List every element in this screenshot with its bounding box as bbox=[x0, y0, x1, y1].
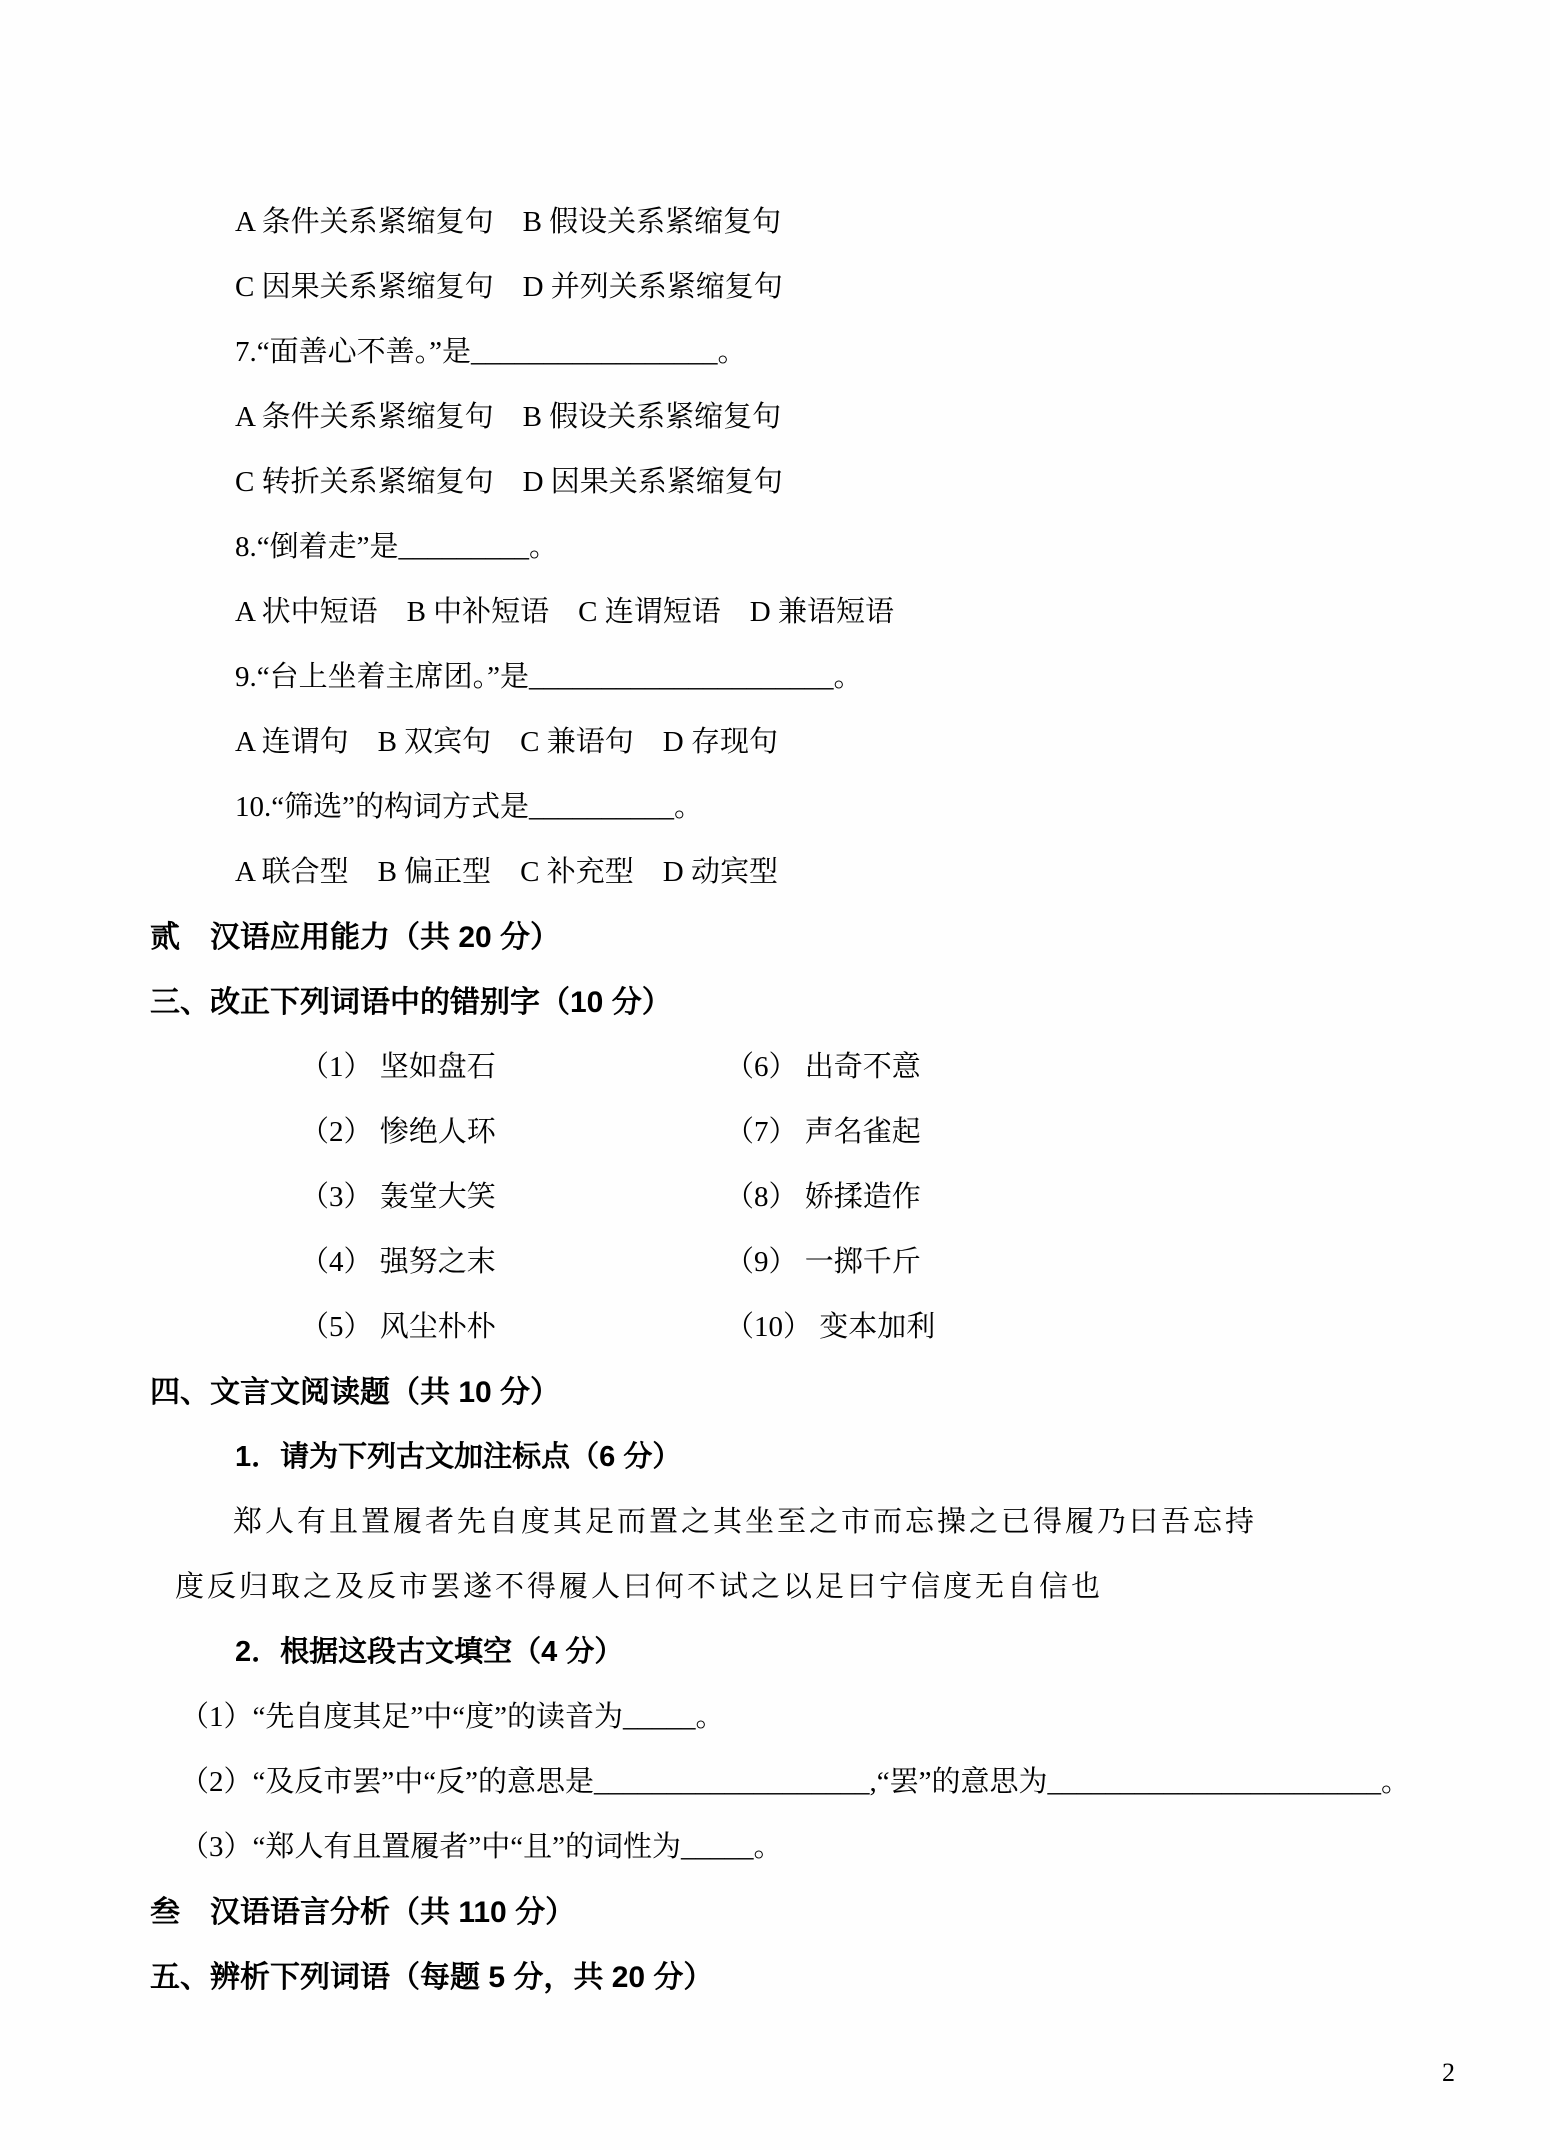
options-line: A 条件关系紧缩复句 B 假设关系紧缩复句 bbox=[150, 190, 1410, 255]
section4-subheader-1: 1．请为下列古文加注标点（6 分） bbox=[150, 1425, 1410, 1490]
wordlist-item: （10） 变本加利 bbox=[725, 1295, 935, 1360]
wordlist-row: （1） 坚如盘石 （6） 出奇不意 bbox=[150, 1035, 1410, 1100]
wordlist-row: （4） 强努之末 （9） 一掷千斤 bbox=[150, 1230, 1410, 1295]
classical-text-line: 度反归取之及反市罢遂不得履人曰何不试之以足曰宁信度无自信也 bbox=[150, 1555, 1410, 1620]
wordlist-item: （6） 出奇不意 bbox=[725, 1035, 921, 1100]
section-header-4: 四、文言文阅读题（共 10 分） bbox=[150, 1360, 1410, 1425]
wordlist-item: （1） 坚如盘石 bbox=[300, 1035, 725, 1100]
wordlist-item: （2） 惨绝人环 bbox=[300, 1100, 725, 1165]
options-line: A 状中短语 B 中补短语 C 连谓短语 D 兼语短语 bbox=[150, 580, 1410, 645]
exam-paper-page: A 条件关系紧缩复句 B 假设关系紧缩复句 C 因果关系紧缩复句 D 并列关系紧… bbox=[0, 0, 1550, 2150]
classical-text-line: 郑人有且置履者先自度其足而置之其坐至之市而忘操之已得履乃曰吾忘持 bbox=[150, 1490, 1410, 1555]
wordlist-row: （3） 轰堂大笑 （8） 娇揉造作 bbox=[150, 1165, 1410, 1230]
wordlist-item: （8） 娇揉造作 bbox=[725, 1165, 921, 1230]
fill-blank-item: （1）“先自度其足”中“度”的读音为_____。 bbox=[150, 1685, 1410, 1750]
part-header-2: 贰 汉语应用能力（共 20 分） bbox=[150, 905, 1410, 970]
wordlist-item: （7） 声名雀起 bbox=[725, 1100, 921, 1165]
wordlist-item: （9） 一掷千斤 bbox=[725, 1230, 921, 1295]
wordlist-row: （2） 惨绝人环 （7） 声名雀起 bbox=[150, 1100, 1410, 1165]
options-line: C 转折关系紧缩复句 D 因果关系紧缩复句 bbox=[150, 450, 1410, 515]
section-header-3: 三、改正下列词语中的错别字（10 分） bbox=[150, 970, 1410, 1035]
exam-content: A 条件关系紧缩复句 B 假设关系紧缩复句 C 因果关系紧缩复句 D 并列关系紧… bbox=[150, 190, 1410, 2010]
fill-blank-item: （2）“及反市罢”中“反”的意思是___________________,“罢”… bbox=[150, 1750, 1410, 1815]
question-stem-7: 7.“面善心不善。”是_________________。 bbox=[150, 320, 1410, 385]
options-line: C 因果关系紧缩复句 D 并列关系紧缩复句 bbox=[150, 255, 1410, 320]
wordlist-item: （5） 风尘朴朴 bbox=[300, 1295, 725, 1360]
wordlist-item: （3） 轰堂大笑 bbox=[300, 1165, 725, 1230]
wordlist-item: （4） 强努之末 bbox=[300, 1230, 725, 1295]
part-header-3: 叁 汉语语言分析（共 110 分） bbox=[150, 1880, 1410, 1945]
options-line: A 条件关系紧缩复句 B 假设关系紧缩复句 bbox=[150, 385, 1410, 450]
wordlist-row: （5） 风尘朴朴 （10） 变本加利 bbox=[150, 1295, 1410, 1360]
question-stem-10: 10.“筛选”的构词方式是__________。 bbox=[150, 775, 1410, 840]
page-number: 2 bbox=[1442, 2058, 1455, 2088]
question-stem-8: 8.“倒着走”是_________。 bbox=[150, 515, 1410, 580]
section-header-5: 五、辨析下列词语（每题 5 分，共 20 分） bbox=[150, 1945, 1410, 2010]
section4-subheader-2: 2．根据这段古文填空（4 分） bbox=[150, 1620, 1410, 1685]
options-line: A 联合型 B 偏正型 C 补充型 D 动宾型 bbox=[150, 840, 1410, 905]
question-stem-9: 9.“台上坐着主席团。”是_____________________。 bbox=[150, 645, 1410, 710]
fill-blank-item: （3）“郑人有且置履者”中“且”的词性为_____。 bbox=[150, 1815, 1410, 1880]
options-line: A 连谓句 B 双宾句 C 兼语句 D 存现句 bbox=[150, 710, 1410, 775]
